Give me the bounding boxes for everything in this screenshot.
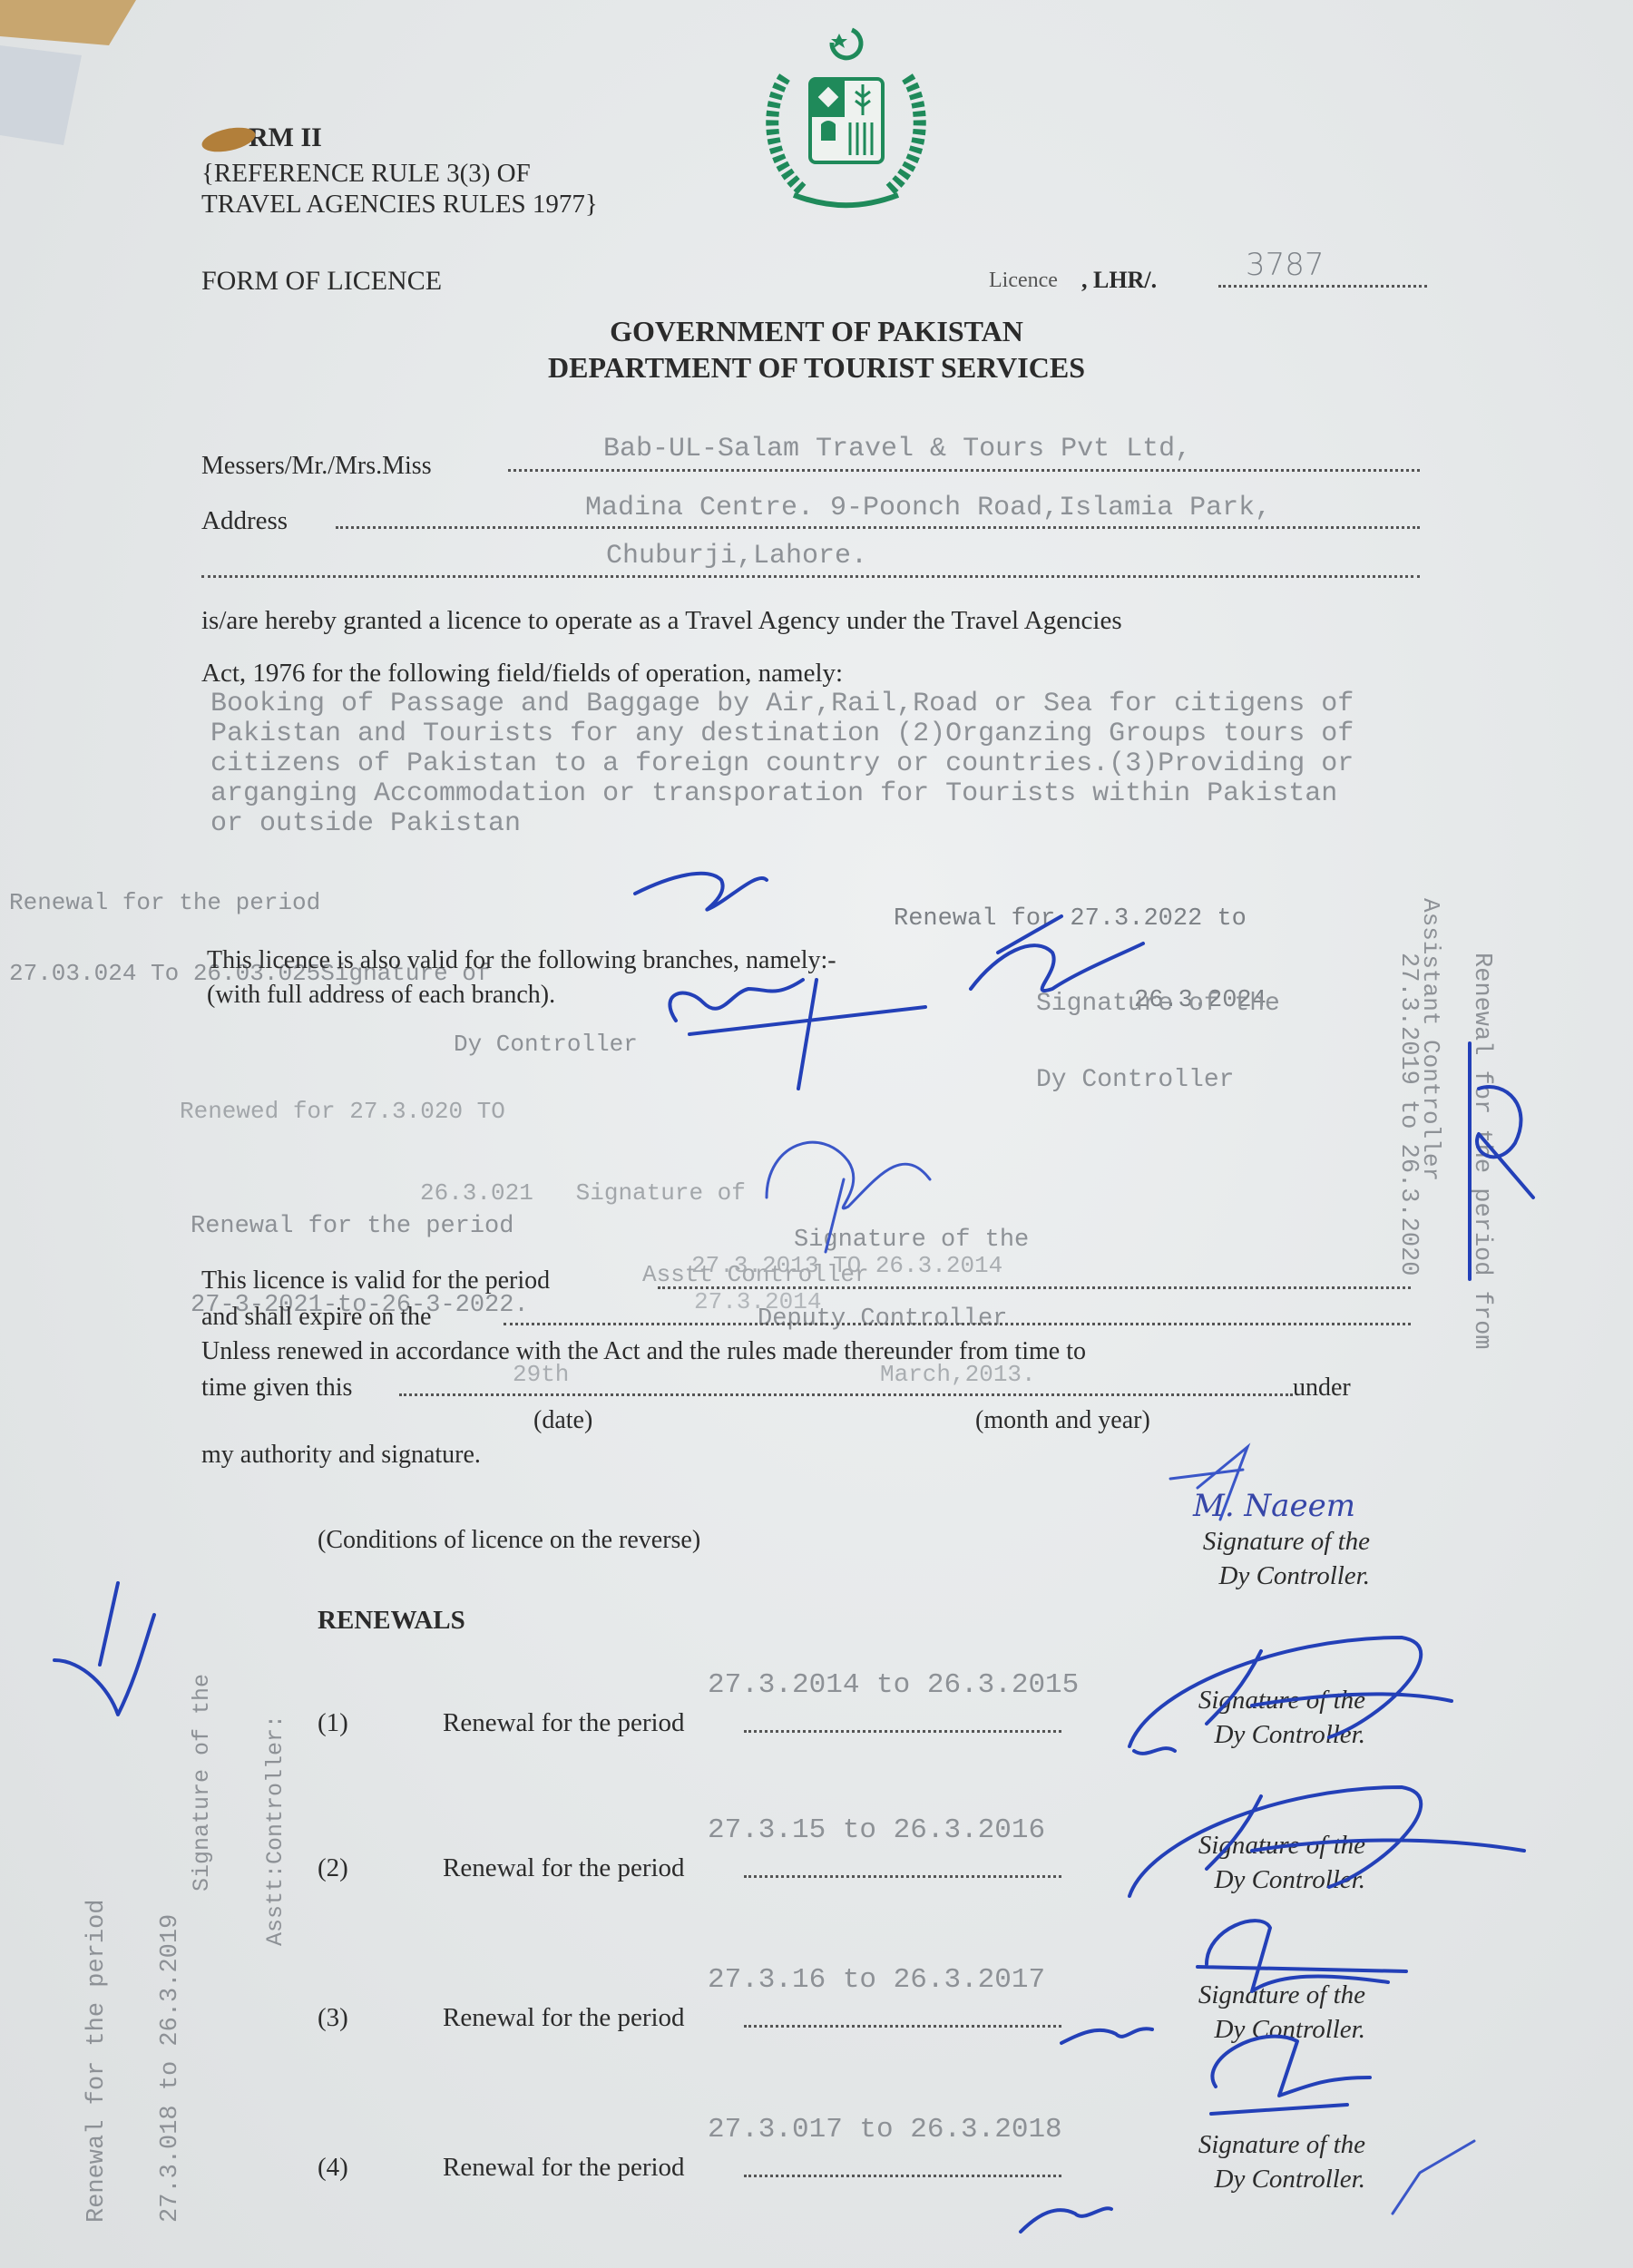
licence-document: RM II {REFERENCE RULE 3(3) OF TRAVEL AGE… xyxy=(0,0,1633,2268)
signature-scribble-icon xyxy=(54,874,1533,2232)
ink-signatures-layer xyxy=(0,0,1633,2268)
